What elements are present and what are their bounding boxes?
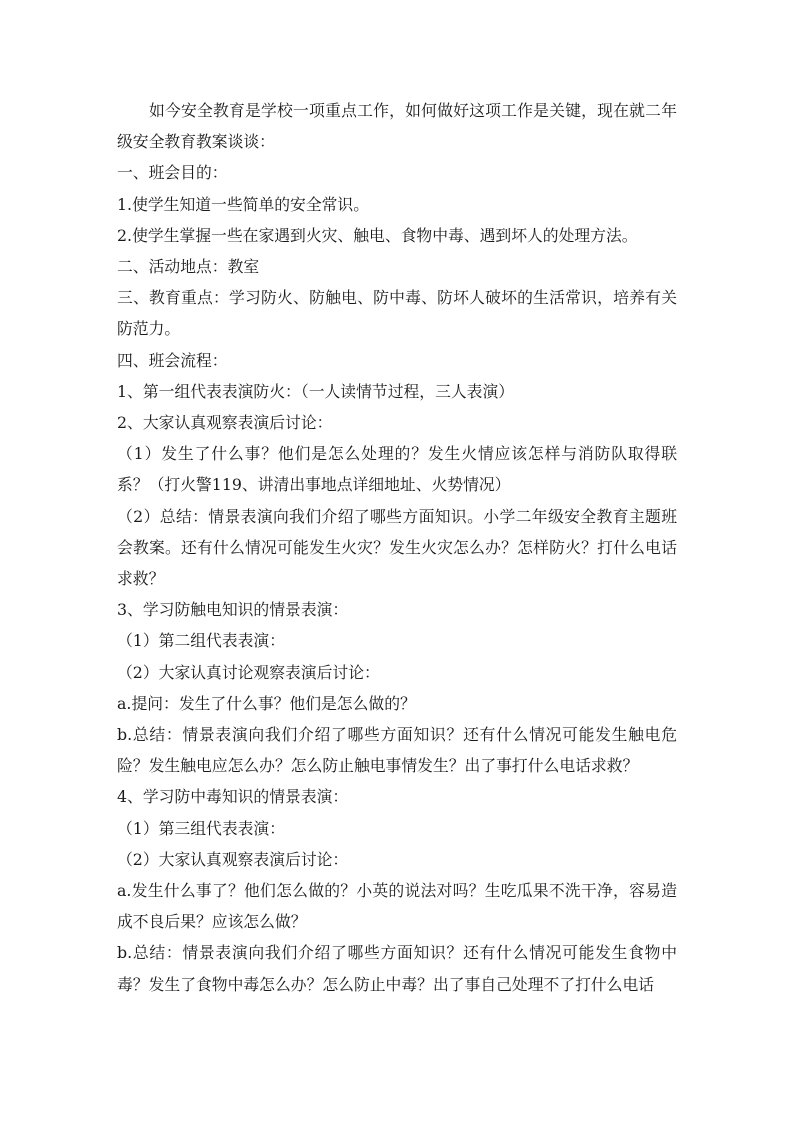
process-substep: （1）发生了什么事？他们是怎么处理的？发生火情应该怎样与消防队取得联系？（打火警… [117, 438, 677, 500]
process-substep: b.总结：情景表演向我们介绍了哪些方面知识？还有什么情况可能发生食物中毒？发生了… [117, 937, 677, 999]
section-heading-location: 二、活动地点：教室 [117, 251, 677, 282]
section-heading-goals: 一、班会目的： [117, 157, 677, 188]
process-substep: a.提问：发生了什么事？他们是怎么做的？ [117, 688, 677, 719]
process-step: 4、学习防中毒知识的情景表演： [117, 781, 677, 812]
process-substep: b.总结：情景表演向我们介绍了哪些方面知识？还有什么情况可能发生触电危险？发生触… [117, 719, 677, 781]
section-heading-process: 四、班会流程： [117, 345, 677, 376]
process-substep: （1）第三组代表表演： [117, 813, 677, 844]
section-heading-focus: 三、教育重点：学习防火、防触电、防中毒、防坏人破坏的生活常识，培养有关防范力。 [117, 282, 677, 344]
goal-item: 1.使学生知道一些简单的安全常识。 [117, 189, 677, 220]
process-substep: （2）大家认真观察表演后讨论： [117, 844, 677, 875]
process-step: 3、学习防触电知识的情景表演： [117, 594, 677, 625]
process-substep: （2）总结：情景表演向我们介绍了哪些方面知识。小学二年级安全教育主题班会教案。还… [117, 501, 677, 595]
document-page: 如今安全教育是学校一项重点工作，如何做好这项工作是关键，现在就二年级安全教育教案… [117, 95, 677, 1000]
process-step: 2、大家认真观察表演后讨论： [117, 407, 677, 438]
intro-paragraph: 如今安全教育是学校一项重点工作，如何做好这项工作是关键，现在就二年级安全教育教案… [117, 95, 677, 157]
process-substep: （2）大家认真讨论观察表演后讨论： [117, 657, 677, 688]
process-substep: a.发生什么事了？他们怎么做的？小英的说法对吗？生吃瓜果不洗干净，容易造成不良后… [117, 875, 677, 937]
process-substep: （1）第二组代表表演： [117, 625, 677, 656]
goal-item: 2.使学生掌握一些在家遇到火灾、触电、食物中毒、遇到坏人的处理方法。 [117, 220, 677, 251]
process-step: 1、第一组代表表演防火：（一人读情节过程，三人表演） [117, 376, 677, 407]
